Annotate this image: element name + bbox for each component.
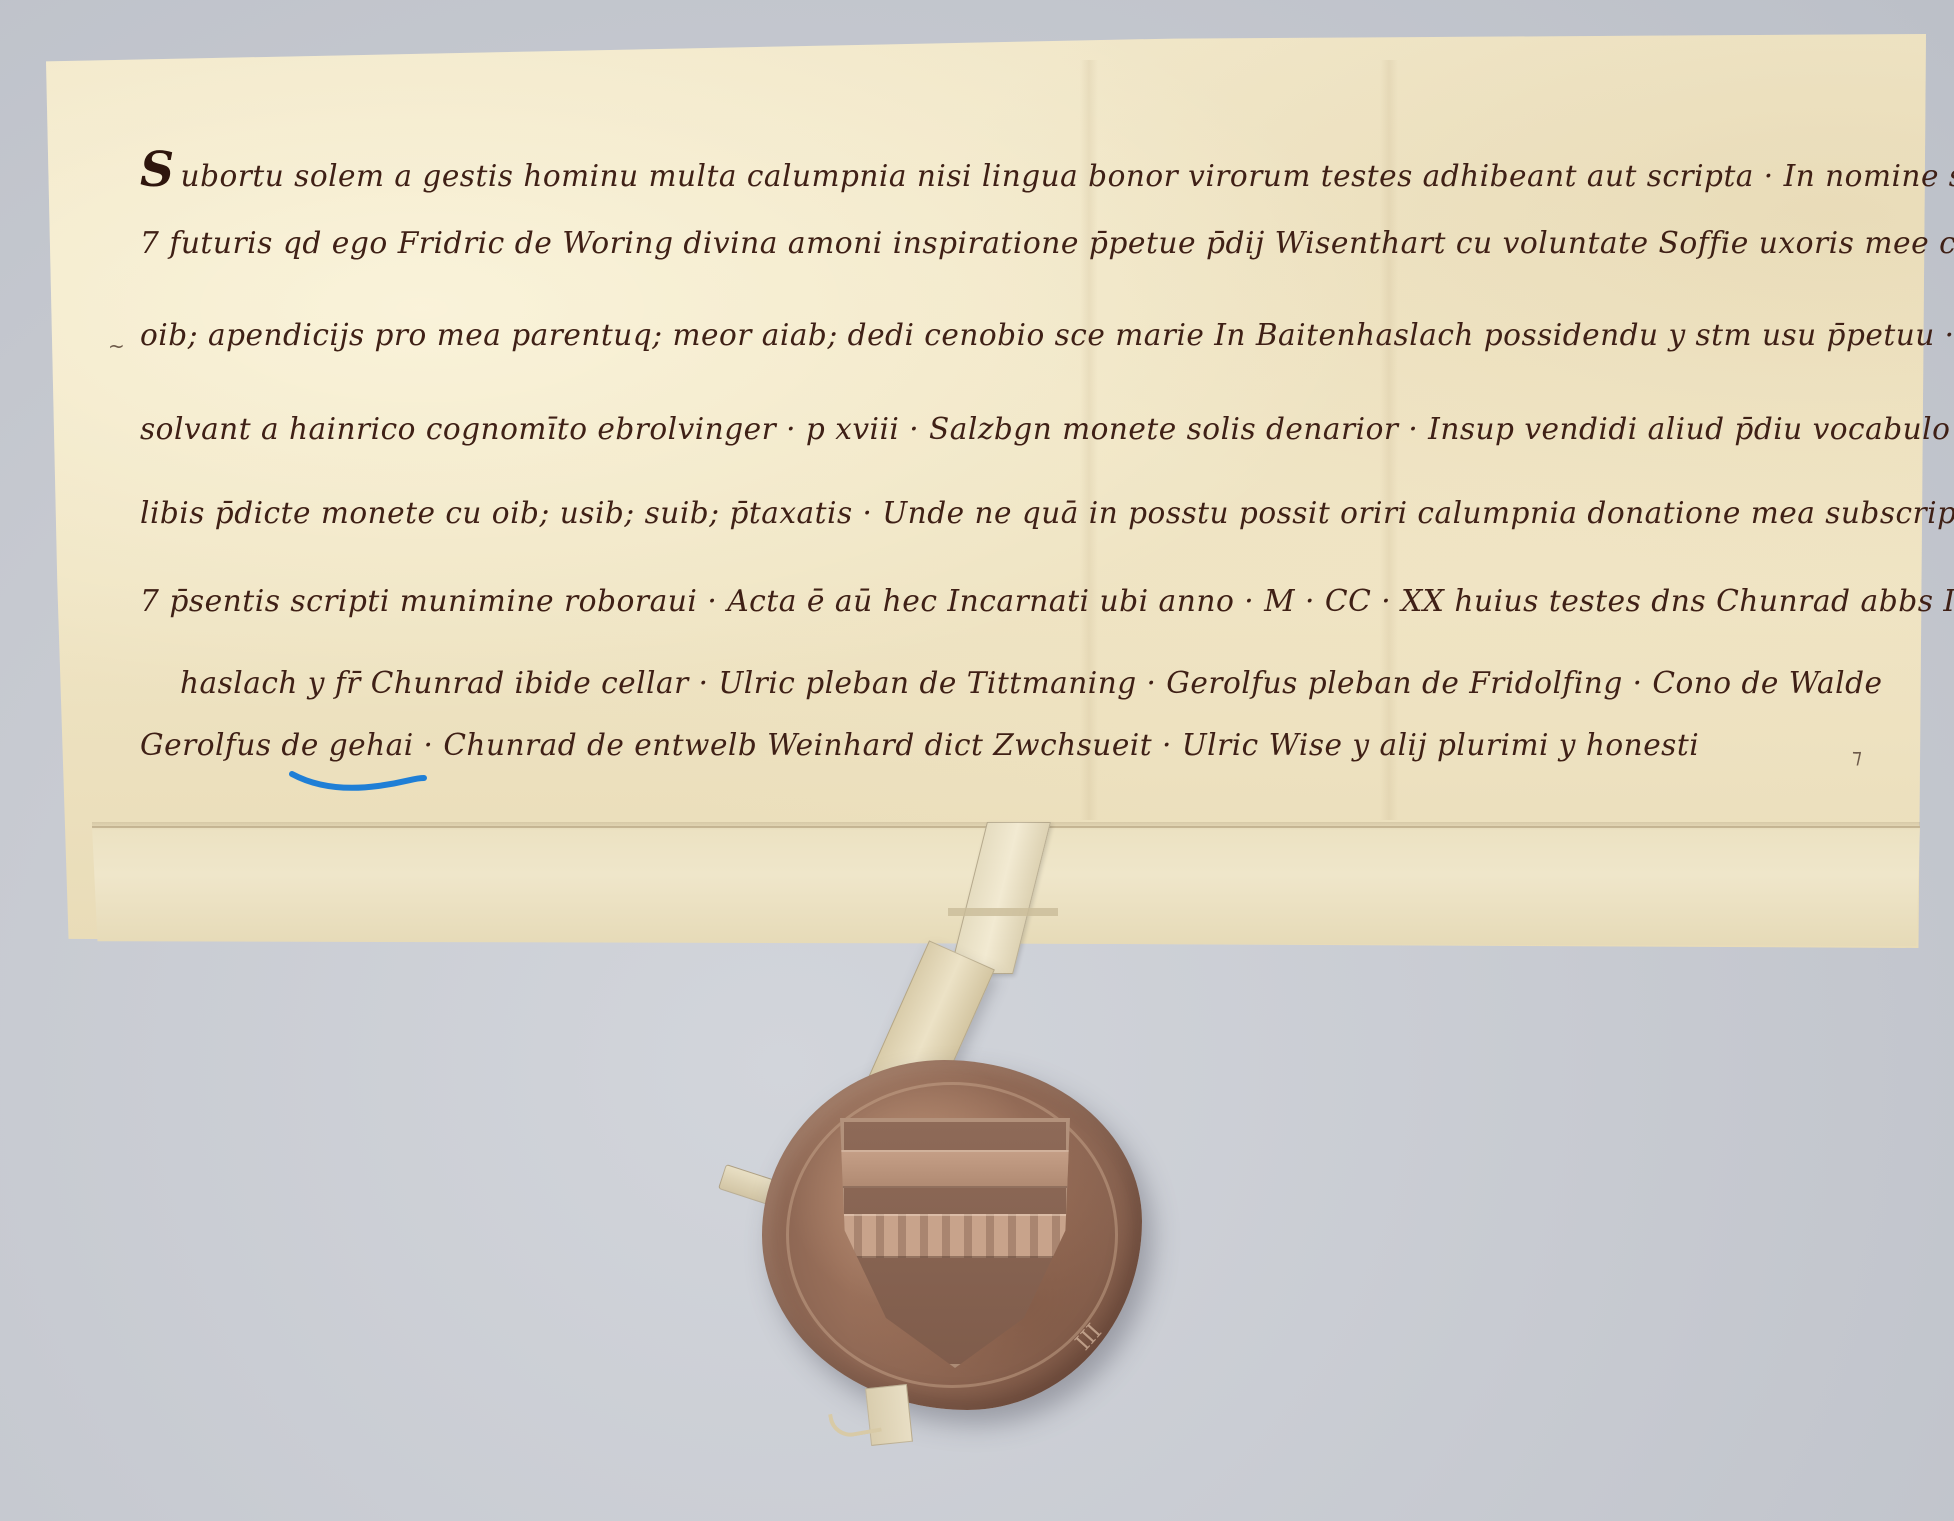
shield-bar — [840, 1150, 1070, 1188]
margin-end-mark: ⁊ — [1852, 744, 1862, 768]
charter-line-1: Subortu soleт a gestis hominu multa calu… — [140, 142, 1954, 198]
charter-line-6: 7 p̄sentis scripti munimine roboraui · A… — [140, 584, 1954, 619]
line-text: libis p̄dicte monete cu oib; usib; suib;… — [140, 496, 1954, 531]
charter-line-5: libis p̄dicte monete cu oib; usib; suib;… — [140, 496, 1954, 531]
charter-line-2: 7 futuris qd ego Fridric de Woring divin… — [140, 226, 1954, 261]
charter-line-3: oib; apendicijs pro mea parentuq; meor a… — [140, 318, 1954, 353]
decorated-initial: S — [140, 142, 175, 198]
charter-line-8: Gerolfus de gehai · Chunrad de entwelb W… — [140, 728, 1699, 763]
line-text: Gerolfus de gehai · Chunrad de entwelb W… — [140, 728, 1699, 763]
charter-line-4: solvant a hainrico cognomīto ebrolvinger… — [140, 412, 1954, 447]
line-text: ubortu soleт a gestis hominu multa calum… — [181, 159, 1954, 194]
charter-line-7: haslach y fr̄ Chunrad ibide cellar · Ulr… — [180, 666, 1882, 701]
line-text: solvant a hainrico cognomīto ebrolvinger… — [140, 412, 1954, 447]
line-text: haslach y fr̄ Chunrad ibide cellar · Ulr… — [180, 666, 1882, 701]
shield-decorated-band — [840, 1214, 1070, 1258]
line-text: oib; apendicijs pro mea parentuq; meor a… — [140, 318, 1954, 353]
tag-slot — [948, 908, 1058, 916]
margin-dash-mark: ~ — [108, 334, 125, 358]
photograph-scene: Subortu soleт a gestis hominu multa calu… — [0, 0, 1954, 1521]
wax-seal: III — [762, 1060, 1142, 1410]
line-text: 7 p̄sentis scripti munimine roboraui · A… — [140, 584, 1954, 619]
blue-underline-annotation — [288, 770, 428, 792]
line-text: 7 futuris qd ego Fridric de Woring divin… — [140, 226, 1954, 261]
